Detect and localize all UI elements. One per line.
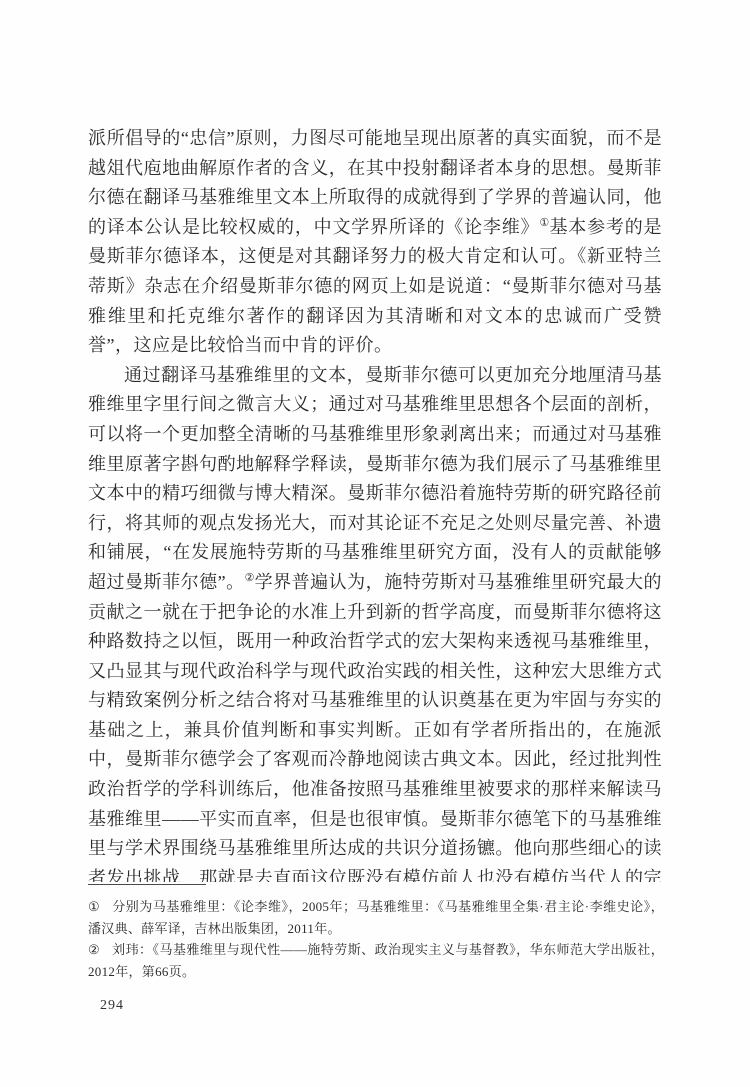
footnote-separator (88, 884, 206, 885)
footnote-marker-2: ② (88, 939, 100, 961)
footnote-ref-2: ② (245, 572, 255, 584)
body-paragraph-1: 派所倡导的“忠信”原则，力图尽可能地呈现出原著的真实面貌，而不是越俎代庖地曲解原… (88, 124, 662, 361)
footnote-item-2: ②刘玮：《马基雅维里与现代性——施特劳斯、政治现实主义与基督教》，华东师范大学出… (88, 939, 664, 982)
body-paragraph-2: 通过翻译马基雅维里的文本，曼斯菲尔德可以更加充分地厘清马基雅维里字里行间之微言大… (88, 361, 662, 882)
footnote-ref-1: ① (539, 217, 549, 229)
footnote-marker-1: ① (88, 896, 100, 918)
paragraph-text: 通过翻译马基雅维里的文本，曼斯菲尔德可以更加充分地厘清马基雅维里字里行间之微言大… (88, 365, 662, 592)
page-number: 294 (100, 998, 124, 1014)
footnote-item-1: ①分别为马基雅维里：《论李维》，2005年；马基雅维里：《马基雅维里全集·君主论… (88, 896, 664, 939)
document-page: 派所倡导的“忠信”原则，力图尽可能地呈现出原著的真实面貌，而不是越俎代庖地曲解原… (0, 0, 750, 1087)
footnote-text-2: 刘玮：《马基雅维里与现代性——施特劳斯、政治现实主义与基督教》，华东师范大学出版… (88, 942, 664, 979)
footnote-text-1: 分别为马基雅维里：《论李维》，2005年；马基雅维里：《马基雅维里全集·君主论·… (88, 899, 664, 936)
footnote-block: ①分别为马基雅维里：《论李维》，2005年；马基雅维里：《马基雅维里全集·君主论… (88, 884, 664, 982)
paragraph-text: 基本参考的是曼斯菲尔德译本，这便是对其翻译努力的极大肯定和认可。《新亚特兰蒂斯》… (88, 217, 662, 355)
body-text-block: 派所倡导的“忠信”原则，力图尽可能地呈现出原著的真实面貌，而不是越俎代庖地曲解原… (88, 124, 662, 882)
paragraph-text: 学界普遍认为，施特劳斯对马基雅维里研究最大的贡献之一就在于把争论的水准上升到新的… (88, 572, 662, 882)
